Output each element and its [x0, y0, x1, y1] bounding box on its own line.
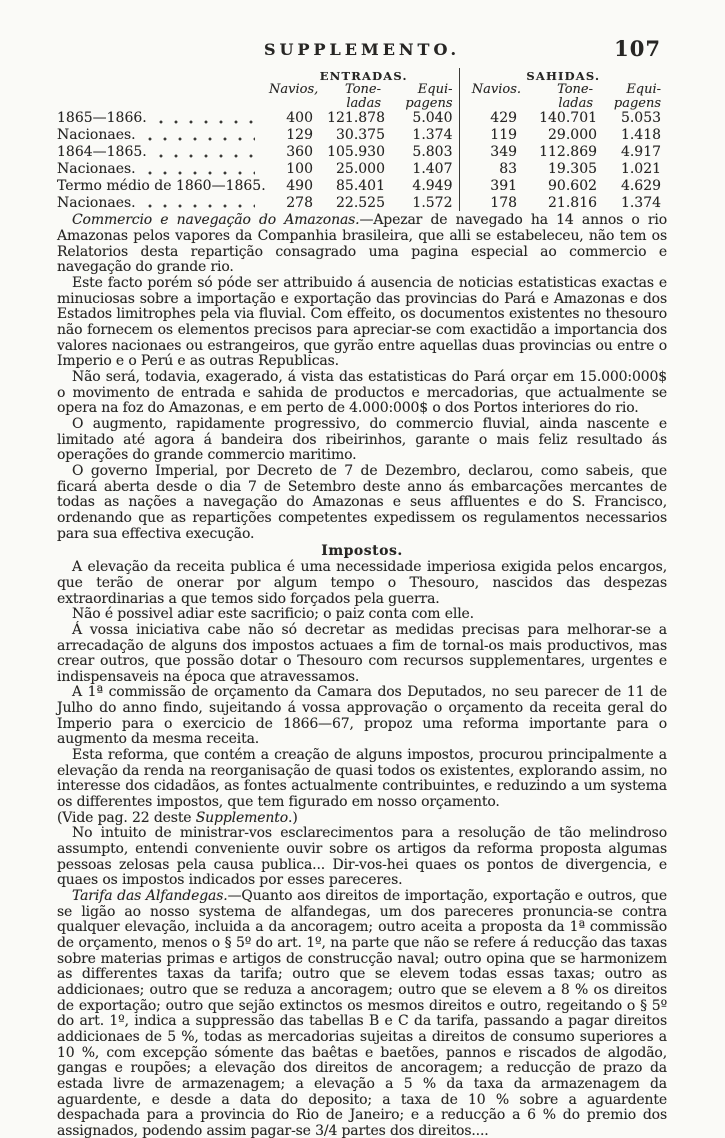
entradas-toneladas: 105.930	[313, 144, 395, 161]
col-header-equipagens-sahidas: Equi-pagens	[607, 83, 667, 110]
sahidas-navios: 119	[459, 127, 523, 144]
paragraph: Á vossa iniciativa cabe não só decretar …	[57, 623, 667, 686]
table-row: Nacionaes. 100 25.000 1.407 83 19.305 1.…	[57, 161, 667, 178]
entradas-toneladas: 22.525	[313, 195, 395, 212]
page-title: SUPPLEMENTO.	[57, 40, 667, 59]
dot-leader	[148, 171, 255, 175]
entradas-navios: 129	[269, 127, 313, 144]
entradas-navios: 278	[269, 195, 313, 212]
scanned-document-page: SUPPLEMENTO. 107 ENTRADAS. SAHIDAS. Navi…	[0, 0, 725, 1138]
sahidas-toneladas: 29.000	[523, 127, 607, 144]
table-row: 1864—1865. 360 105.930 5.803 349 112.869…	[57, 144, 667, 161]
entradas-navios: 360	[269, 144, 313, 161]
entradas-navios: 490	[269, 178, 313, 195]
table-column-header-row: Navios, Tone-ladas Equi-pagens Navios. T…	[57, 83, 667, 110]
sahidas-toneladas: 112.869	[523, 144, 607, 161]
sahidas-equipagens: 1.021	[607, 161, 667, 178]
entradas-equipagens: 5.803	[395, 144, 459, 161]
row-label: 1865—1866.	[57, 110, 147, 127]
col-header-equipagens-entradas: Equi-pagens	[395, 83, 459, 110]
sahidas-equipagens: 4.629	[607, 178, 667, 195]
dot-leader	[159, 120, 255, 124]
sahidas-navios: 178	[459, 195, 523, 212]
sahidas-navios: 83	[459, 161, 523, 178]
sahidas-group-header: SAHIDAS.	[459, 68, 667, 83]
dot-leader	[159, 154, 255, 158]
table-row: 1865—1866. 400 121.878 5.040 429 140.701…	[57, 110, 667, 127]
row-label: Nacionaes.	[57, 161, 136, 178]
document-body: Commercio e navegação do Amazonas.—Apeza…	[57, 213, 667, 1138]
italic-word: Supplemento	[196, 810, 288, 826]
row-label: 1864—1865.	[57, 144, 147, 161]
entradas-toneladas: 25.000	[313, 161, 395, 178]
paragraph: Não é possivel adiar este sacrificio; o …	[57, 607, 667, 623]
sahidas-navios: 391	[459, 178, 523, 195]
paragraph-lead: Tarifa das Alfandegas.	[72, 888, 228, 904]
entradas-toneladas: 85.401	[313, 178, 395, 195]
page-number: 107	[614, 36, 661, 61]
table-row: Nacionaes. 129 30.375 1.374 119 29.000 1…	[57, 127, 667, 144]
table-row: Nacionaes. 278 22.525 1.572 178 21.816 1…	[57, 195, 667, 212]
page-header: SUPPLEMENTO. 107	[57, 40, 667, 66]
sahidas-equipagens: 1.374	[607, 195, 667, 212]
col-header-toneladas-entradas: Tone-ladas	[313, 83, 395, 110]
sahidas-navios: 349	[459, 144, 523, 161]
paragraph-lead: Commercio e navegação do Amazonas.	[72, 212, 360, 228]
entradas-equipagens: 4.949	[395, 178, 459, 195]
entradas-navios: 400	[269, 110, 313, 127]
paragraph: O governo Imperial, por Decreto de 7 de …	[57, 464, 667, 542]
col-header-navios-entradas: Navios,	[269, 83, 313, 110]
row-label: Termo médio de 1860—1865.	[57, 178, 266, 195]
sahidas-toneladas: 140.701	[523, 110, 607, 127]
dot-leader	[148, 137, 255, 141]
sahidas-toneladas: 21.816	[523, 195, 607, 212]
entradas-toneladas: 121.878	[313, 110, 395, 127]
entradas-group-header: ENTRADAS.	[269, 68, 459, 83]
entradas-equipagens: 1.407	[395, 161, 459, 178]
sahidas-equipagens: 5.053	[607, 110, 667, 127]
sahidas-toneladas: 19.305	[523, 161, 607, 178]
dot-leader	[148, 204, 255, 208]
sahidas-navios: 429	[459, 110, 523, 127]
entradas-equipagens: 5.040	[395, 110, 459, 127]
table-row: Termo médio de 1860—1865. 490 85.401 4.9…	[57, 178, 667, 195]
paragraph: A 1ª commissão de orçamento da Camara do…	[57, 685, 667, 748]
sahidas-equipagens: 1.418	[607, 127, 667, 144]
entradas-toneladas: 30.375	[313, 127, 395, 144]
paragraph: Commercio e navegação do Amazonas.—Apeza…	[57, 213, 667, 276]
paragraph: No intuito de ministrar-vos esclarecimen…	[57, 826, 667, 889]
paragraph: Este facto porém só póde ser attribuido …	[57, 276, 667, 370]
sahidas-toneladas: 90.602	[523, 178, 607, 195]
entradas-equipagens: 1.374	[395, 127, 459, 144]
entradas-navios: 100	[269, 161, 313, 178]
paragraph: Esta reforma, que contém a creação de al…	[57, 748, 667, 811]
paragraph: A elevação da receita publica é uma nece…	[57, 560, 667, 607]
table-group-header-row: ENTRADAS. SAHIDAS.	[57, 68, 667, 83]
col-header-navios-sahidas: Navios.	[459, 83, 523, 110]
col-header-toneladas-sahidas: Tone-ladas	[523, 83, 607, 110]
row-label: Nacionaes.	[57, 195, 136, 212]
paragraph: Não será, todavia, exagerado, á vista da…	[57, 370, 667, 417]
paragraph: Tarifa das Alfandegas.—Quanto aos direit…	[57, 889, 667, 1138]
sahidas-equipagens: 4.917	[607, 144, 667, 161]
paragraph: O augmento, rapidamente progressivo, do …	[57, 417, 667, 464]
row-label: Nacionaes.	[57, 127, 136, 144]
section-heading: Impostos.	[57, 543, 667, 559]
entradas-equipagens: 1.572	[395, 195, 459, 212]
shipping-stats-table: ENTRADAS. SAHIDAS. Navios, Tone-ladas Eq…	[57, 68, 667, 211]
